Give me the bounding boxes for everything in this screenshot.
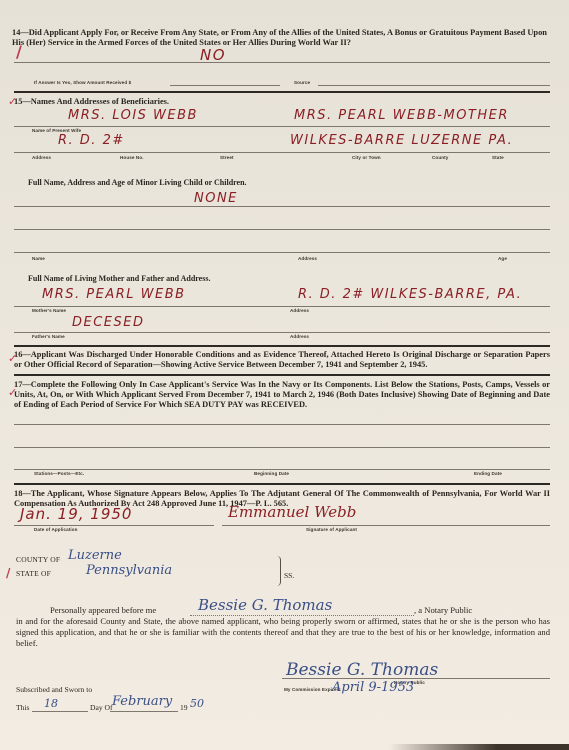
check-mark: /	[16, 42, 22, 61]
amount-label: If Answer Is Yes, Show Amount Received $	[34, 80, 131, 85]
question-17-text: 17—Complete the Following Only In Case A…	[14, 380, 550, 410]
house-no-label: House No.	[120, 155, 144, 160]
stations-line-2	[14, 447, 550, 448]
dash-mark: /	[6, 566, 10, 580]
children-line-2	[14, 229, 550, 230]
beneficiary-2-address: WILKES-BARRE LUZERNE PA.	[290, 133, 513, 148]
children-line-1	[14, 206, 550, 207]
beneficiary-2-name: MRS. PEARL WEBB-MOTHER	[294, 108, 509, 123]
month-line	[110, 711, 178, 712]
this-label: This	[16, 702, 30, 713]
subscribed-label: Subscribed and Sworn to	[16, 684, 92, 695]
amount-line	[170, 85, 280, 86]
year-value: 50	[190, 697, 204, 710]
county-label: County	[432, 155, 448, 160]
question-14: 14—Did Applicant Apply For, or Receive F…	[12, 28, 552, 48]
day-line	[32, 711, 88, 712]
state-label: State	[492, 155, 504, 160]
month-value: February	[112, 694, 172, 709]
day-value: 18	[44, 697, 58, 710]
appeared-suffix: , a Notary Public	[414, 605, 472, 616]
application-page: 14—Did Applicant Apply For, or Receive F…	[0, 0, 569, 750]
address-line	[14, 152, 550, 153]
mother-line	[14, 306, 550, 307]
commission-value: April 9-1953	[332, 680, 414, 695]
age-label: Age	[498, 256, 507, 261]
stations-line-1	[14, 424, 550, 425]
state-value: Pennsylvania	[86, 563, 172, 578]
wife-line	[14, 126, 550, 127]
question-14-text: 14—Did Applicant Apply For, or Receive F…	[12, 28, 547, 47]
notary-signature: Bessie G. Thomas	[286, 660, 438, 680]
question-15-text: 15—Names And Addresses of Beneficiaries.	[14, 97, 169, 107]
minor-children-heading: Full Name, Address and Age of Minor Livi…	[28, 178, 247, 188]
year-prefix: 19	[180, 702, 188, 713]
date-label: Date of Application	[34, 527, 78, 532]
mother-label: Mother's Name	[32, 308, 66, 313]
section-divider	[14, 374, 550, 376]
notary-name: Bessie G. Thomas	[198, 596, 332, 614]
father-label: Father's Name	[32, 334, 65, 339]
wife-address: R. D. 2#	[58, 133, 125, 148]
wife-name: MRS. LOIS WEBB	[68, 108, 198, 123]
source-label: Source	[294, 80, 310, 85]
question-16-text: 16—Applicant Was Discharged Under Honora…	[14, 350, 550, 370]
section-divider	[14, 91, 550, 93]
mother-address: R. D. 2# WILKES-BARRE, PA.	[298, 287, 522, 302]
state-label: STATE OF	[16, 569, 51, 579]
date-of-application: Jan. 19, 1950	[20, 505, 132, 523]
mother-address-label: Address	[290, 308, 309, 313]
mother-name: MRS. PEARL WEBB	[42, 287, 186, 302]
street-label: Street	[220, 155, 234, 160]
stations-label: Stations—Posts—Etc.	[34, 471, 84, 476]
section-divider	[14, 345, 550, 347]
county-label: COUNTY OF	[16, 555, 60, 565]
answer-line	[14, 62, 550, 63]
ss-label: SS.	[284, 571, 294, 581]
section-divider	[14, 483, 550, 485]
minor-children-answer: NONE	[194, 191, 238, 206]
children-line-3	[14, 252, 550, 253]
date-line	[14, 525, 214, 526]
source-line	[318, 85, 550, 86]
notary-signature-line	[282, 678, 550, 679]
name-label: Name	[32, 256, 45, 261]
signature-label: Signature of Applicant	[306, 527, 357, 532]
parents-heading: Full Name of Living Mother and Father an…	[28, 274, 210, 284]
father-name: DECESED	[72, 315, 145, 330]
address-label: Address	[32, 155, 51, 160]
father-address-label: Address	[290, 334, 309, 339]
child-address-label: Address	[298, 256, 317, 261]
appeared-prefix: Personally appeared before me	[50, 605, 156, 616]
father-line	[14, 332, 550, 333]
stations-line-3	[14, 469, 550, 470]
beginning-date-label: Beginning Date	[254, 471, 289, 476]
scan-edge-shadow	[389, 744, 569, 750]
applicant-signature: Emmanuel Webb	[228, 503, 356, 521]
ending-date-label: Ending Date	[474, 471, 502, 476]
signature-line	[222, 525, 550, 526]
bracket	[276, 556, 281, 586]
notary-body: in and for the aforesaid County and Stat…	[16, 616, 550, 650]
county-value: Luzerne	[68, 548, 122, 563]
city-label: City or Town	[352, 155, 381, 160]
